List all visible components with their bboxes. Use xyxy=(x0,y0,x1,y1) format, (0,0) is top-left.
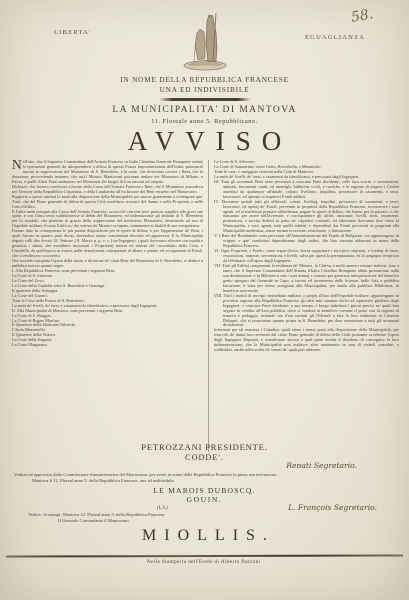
paragraph-vii: VII. Tutti gli Edifizj componenti la res… xyxy=(214,264,399,294)
signature-secretary-francois: L. François Segretario. xyxy=(288,503,377,512)
header-rule xyxy=(159,98,251,101)
paragraph-v: V. I Beni del Bondanotto sono pervenuti … xyxy=(214,234,399,249)
paragraph: E l'altra metà assegnò alla Cassa dell'A… xyxy=(12,210,203,230)
dropcap-initial: N xyxy=(12,160,23,171)
motto-liberty: LIBERTA' xyxy=(54,29,91,36)
right-column: La Corte di S. Silvestro. La Corte di Sa… xyxy=(208,160,399,452)
header-republic-line: IN NOME DELLA REPUBBLICA FRANCESE xyxy=(0,75,409,84)
imprimatur-line: Veduto. Si stampi. Mantova 12. Floreal a… xyxy=(28,512,165,517)
paragraph-closing: Informati per tal maniera i Cittadini, q… xyxy=(214,328,399,353)
signature-miollis: MIOLLIS. xyxy=(0,527,409,545)
paragraph-vi: VI. Ogni Proprietà, e Fondo, come sopra … xyxy=(214,249,399,264)
proclamation-document: LIBERTA' EGUAGLIANZA 58. IN NOME DELLA R… xyxy=(0,0,409,600)
paragraph-viii: VIII. Tutti i mobili di servigio immedia… xyxy=(214,294,399,329)
avviso-title: AVVISO xyxy=(0,126,409,157)
handwritten-folio-number: 58. xyxy=(350,6,375,26)
paragraph: Rapporto a questi attribuì la metà alla … xyxy=(12,195,203,210)
paragraph-iii: III. Tutti gli accennati Beni sono perve… xyxy=(214,180,399,200)
approval-note: Veduto ed approvato dalla Commissione Am… xyxy=(14,472,399,483)
signature-lemarois-duboscq: LE MAROIS DUBOSCQ. xyxy=(0,486,409,495)
header-indivisible-line: UNA ED INDIVISIBILE xyxy=(0,85,409,94)
list-item: La Corte Marganara. xyxy=(12,343,203,348)
statue-engraving-icon xyxy=(182,9,228,71)
footer-rule xyxy=(6,554,403,557)
paragraph-iv: IV. Dovranno quindi tutti gli affittuali… xyxy=(214,200,399,235)
printer-imprint: Nella Stamperia dell'Erede di Alberto Pa… xyxy=(0,559,409,565)
date-line: 11. Floreale anno 5. Repubblicano. xyxy=(0,118,409,125)
signature-secretary-renati: Renati Segretario. xyxy=(286,461,357,470)
left-column: Nell'atto, che il Supremo Comandante del… xyxy=(12,160,206,452)
paragraph: Furono date in conseguenza le più pronte… xyxy=(12,229,203,259)
seal-mark: (L.S.) xyxy=(157,506,168,511)
signature-president: PETROZZANI PRESIDENTE. xyxy=(0,442,409,452)
paragraph-opening: Nell'atto, che il Supremo Comandante del… xyxy=(12,160,203,185)
general-commander-line: Il Generale Comandante il Mantovano xyxy=(58,518,129,523)
body-columns: Nell'atto, che il Supremo Comandante del… xyxy=(12,160,399,452)
municipality-title: LA MUNICIPALITA' DI MANTOVA xyxy=(0,104,409,115)
approval-date-line: Mantova li 12. Floreal anno 5. della Rep… xyxy=(32,478,399,484)
motto-equality: EGUAGLIANZA xyxy=(305,34,365,41)
